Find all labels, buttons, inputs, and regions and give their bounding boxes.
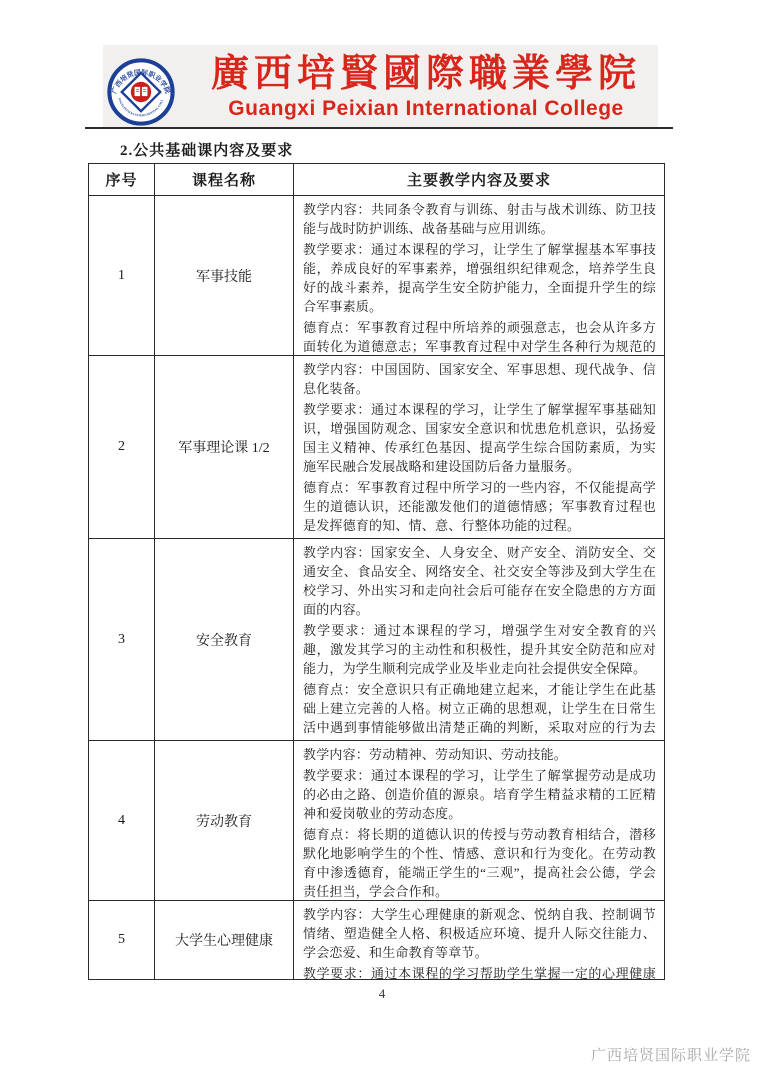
page-number: 4 (0, 986, 764, 1002)
teaching-content-paragraph: 教学内容：劳动精神、劳动知识、劳动技能。 (303, 745, 656, 764)
column-header-course: 课程名称 (155, 164, 294, 195)
table-header-row: 序号 课程名称 主要教学内容及要求 (89, 164, 664, 196)
teaching-content-paragraph: 教学内容：大学生心理健康的新观念、悦纳自我、控制调节情绪、塑造健全人格、积极适应… (303, 905, 656, 962)
logo-center-circle (131, 81, 151, 101)
course-content: 教学内容：大学生心理健康的新观念、悦纳自我、控制调节情绪、塑造健全人格、积极适应… (294, 901, 664, 979)
course-content: 教学内容：劳动精神、劳动知识、劳动技能。 教学要求：通过本课程的学习，让学生了解… (294, 741, 664, 900)
table-row: 1 军事技能 教学内容：共同条令教育与训练、射击与战术训练、防卫技能与战时防护训… (89, 196, 664, 356)
row-number: 1 (89, 196, 155, 355)
course-content: 教学内容：中国国防、国家安全、军事思想、现代战争、信息化装备。 教学要求：通过本… (294, 356, 664, 538)
teaching-content-paragraph: 教学内容：共同条令教育与训练、射击与战术训练、防卫技能与战时防护训练、战备基础与… (303, 200, 656, 238)
teaching-content-paragraph: 教学内容：中国国防、国家安全、军事思想、现代战争、信息化装备。 (303, 360, 656, 398)
moral-education-paragraph: 德育点：军事教育过程中所培养的顽强意志，也会从许多方面转化为道德意志；军事教育过… (303, 318, 656, 355)
table-row: 5 大学生心理健康 教学内容：大学生心理健康的新观念、悦纳自我、控制调节情绪、塑… (89, 901, 664, 979)
teaching-requirement-paragraph: 教学要求：通过本课程的学习，让学生了解掌握军事基础知识，增强国防观念、国家安全意… (303, 400, 656, 476)
course-name: 军事技能 (155, 196, 294, 355)
teaching-requirement-paragraph: 教学要求：通过本课程的学习，增强学生对安全教育的兴趣，激发其学习的主动性和积极性… (303, 621, 656, 678)
course-content: 教学内容：国家安全、人身安全、财产安全、消防安全、交通安全、食品安全、网络安全、… (294, 539, 664, 740)
moral-education-paragraph: 德育点：将长期的道德认识的传授与劳动教育相结合，潜移默化地影响学生的个性、情感、… (303, 825, 656, 900)
course-table: 序号 课程名称 主要教学内容及要求 1 军事技能 教学内容：共同条令教育与训练、… (88, 163, 665, 980)
document-page: 广西培贤国际职业学院 GUANGXI PEIXIAN INTERNATIONAL… (0, 0, 764, 1080)
college-header-banner: 广西培贤国际职业学院 GUANGXI PEIXIAN INTERNATIONAL… (103, 45, 658, 128)
course-content: 教学内容：共同条令教育与训练、射击与战术训练、防卫技能与战时防护训练、战备基础与… (294, 196, 664, 355)
course-name: 军事理论课 1/2 (155, 356, 294, 538)
table-row: 3 安全教育 教学内容：国家安全、人身安全、财产安全、消防安全、交通安全、食品安… (89, 539, 664, 741)
teaching-requirement-paragraph: 教学要求：通过本课程的学习，让学生了解掌握劳动是成功的必由之路、创造价值的源泉。… (303, 766, 656, 823)
college-title-block: 廣西培賢國際職業學院 Guangxi Peixian International… (211, 55, 641, 119)
table-row: 4 劳动教育 教学内容：劳动精神、劳动知识、劳动技能。 教学要求：通过本课程的学… (89, 741, 664, 901)
college-logo-icon: 广西培贤国际职业学院 GUANGXI PEIXIAN INTERNATIONAL… (107, 58, 175, 126)
moral-education-paragraph: 德育点：军事教育过程中所学习的一些内容，不仅能提高学生的道德认识，还能激发他们的… (303, 478, 656, 535)
table-row: 2 军事理论课 1/2 教学内容：中国国防、国家安全、军事思想、现代战争、信息化… (89, 356, 664, 539)
course-name: 劳动教育 (155, 741, 294, 900)
header-divider (85, 127, 673, 129)
column-header-content: 主要教学内容及要求 (294, 164, 664, 195)
section-title: 2.公共基础课内容及要求 (120, 139, 293, 160)
teaching-requirement-paragraph: 教学要求：通过本课程的学习帮助学生掌握一定的心理健康知 (303, 964, 656, 979)
moral-education-paragraph: 德育点：安全意识只有正确地建立起来，才能让学生在此基础上建立完善的人格。树立正确… (303, 680, 656, 740)
row-number: 5 (89, 901, 155, 979)
course-name: 大学生心理健康 (155, 901, 294, 979)
teaching-requirement-paragraph: 教学要求：通过本课程的学习，让学生了解掌握基本军事技能，养成良好的军事素养，增强… (303, 240, 656, 316)
college-name-chinese: 廣西培賢國際職業學院 (211, 55, 641, 93)
row-number: 3 (89, 539, 155, 740)
course-name: 安全教育 (155, 539, 294, 740)
row-number: 4 (89, 741, 155, 900)
college-name-english: Guangxi Peixian International College (211, 98, 641, 119)
row-number: 2 (89, 356, 155, 538)
footer-watermark: 广西培贤国际职业学院 (591, 1044, 751, 1065)
teaching-content-paragraph: 教学内容：国家安全、人身安全、财产安全、消防安全、交通安全、食品安全、网络安全、… (303, 543, 656, 619)
column-header-no: 序号 (89, 164, 155, 195)
